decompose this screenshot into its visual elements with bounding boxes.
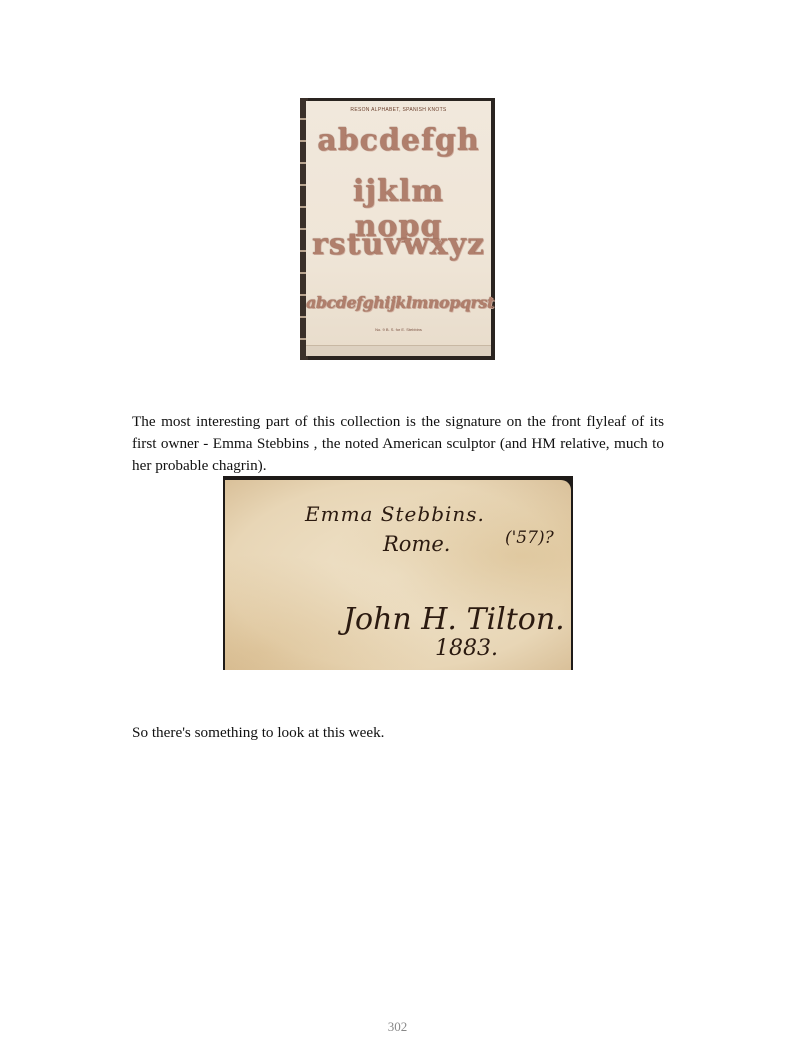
signature-emma-stebbins: Emma Stebbins. bbox=[305, 502, 485, 526]
page-number: 302 bbox=[0, 1019, 795, 1035]
signature-date-note: ('57)? bbox=[505, 528, 554, 548]
signature-flyleaf-photo: Emma Stebbins. Rome. ('57)? John H. Tilt… bbox=[223, 476, 573, 670]
alphabet-row-3: rstuvwxyz bbox=[306, 227, 491, 262]
flyleaf-page: Emma Stebbins. Rome. ('57)? John H. Tilt… bbox=[225, 480, 571, 670]
closing-paragraph: So there's something to look at this wee… bbox=[132, 722, 664, 744]
plate-bottom-edge bbox=[306, 345, 491, 356]
signature-location: Rome. bbox=[383, 532, 450, 556]
alphabet-row-1: abcdefgh bbox=[306, 123, 491, 158]
intro-paragraph: The most interesting part of this collec… bbox=[132, 411, 664, 477]
alphabet-plate: RESON ALPHABET, SPANISH KNOTS abcdefgh i… bbox=[306, 101, 491, 356]
plate-footer: No. 9 B. S. for E. Stebbins bbox=[306, 327, 491, 332]
signature-year: 1883. bbox=[435, 636, 498, 661]
plate-title: RESON ALPHABET, SPANISH KNOTS bbox=[306, 107, 491, 113]
alphabet-plate-photo: RESON ALPHABET, SPANISH KNOTS abcdefgh i… bbox=[300, 98, 495, 360]
signature-john-tilton: John H. Tilton. bbox=[343, 602, 565, 637]
alphabet-row-4: abcdefghijklmnopqrstuvwxyz bbox=[306, 293, 491, 312]
